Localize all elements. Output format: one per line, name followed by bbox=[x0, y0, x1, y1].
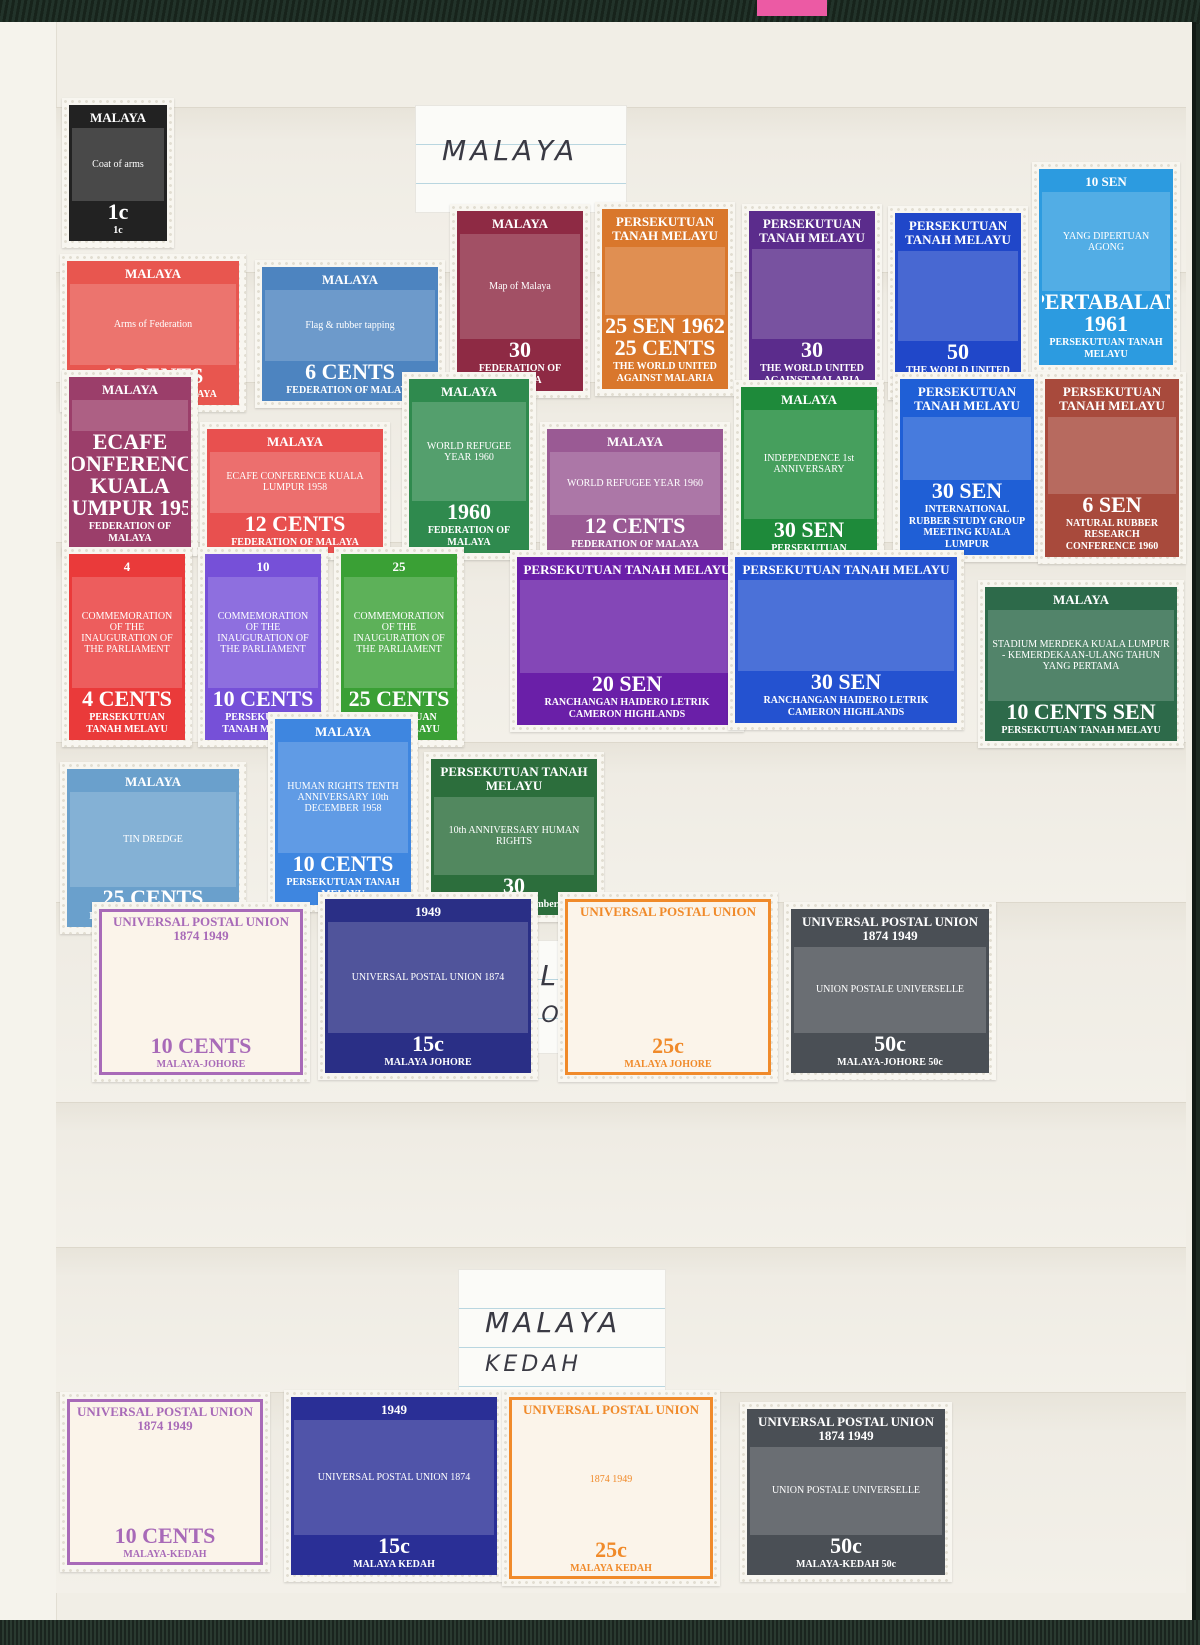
stamp-caption bbox=[72, 400, 188, 431]
stamp-design: MALAYASTADIUM MERDEKA KUALA LUMPUR - KEM… bbox=[985, 587, 1177, 741]
stamp-value: PERTABALAN 1961 bbox=[1039, 291, 1173, 335]
stamp-design: 10 SENYANG DIPERTUAN AGONGPERTABALAN 196… bbox=[1039, 169, 1173, 365]
stamp-caption: Flag & rubber tapping bbox=[265, 290, 435, 360]
stamp: UNIVERSAL POSTAL UNION1874 194925cMALAYA… bbox=[502, 1390, 720, 1586]
stamp: PERSEKUTUAN TANAH MELAYU30 SENRANCHANGAN… bbox=[728, 550, 964, 730]
stamp-caption bbox=[738, 580, 954, 671]
label-text: KEDAH bbox=[485, 1352, 582, 1377]
stamp-caption: Arms of Federation bbox=[70, 284, 236, 364]
stamp-title: 1949 bbox=[294, 1400, 494, 1420]
stamp-caption bbox=[752, 249, 872, 339]
stamp-title: 4 bbox=[72, 557, 182, 577]
stamp-inscription: FEDERATION OF MALAYA bbox=[412, 523, 526, 550]
stamp: UNIVERSAL POSTAL UNION 1874 1949UNION PO… bbox=[784, 902, 996, 1080]
stamp-design: 4COMMEMORATION OF THE INAUGURATION OF TH… bbox=[69, 554, 185, 740]
stamp-design: UNIVERSAL POSTAL UNION25cMALAYA JOHORE bbox=[565, 899, 771, 1075]
stamp-inscription: NATURAL RUBBER RESEARCH CONFERENCE 1960 bbox=[1048, 516, 1176, 555]
stamp: MALAYAWORLD REFUGEE YEAR 19601960FEDERAT… bbox=[402, 372, 536, 560]
stamp-inscription: INTERNATIONAL RUBBER STUDY GROUP MEETING… bbox=[903, 502, 1031, 552]
stamp-caption: UNIVERSAL POSTAL UNION 1874 bbox=[328, 922, 528, 1032]
stamp-design: MALAYAWORLD REFUGEE YEAR 19601960FEDERAT… bbox=[409, 379, 529, 553]
stamp-title: PERSEKUTUAN TANAH MELAYU bbox=[903, 382, 1031, 417]
stamp: PERSEKUTUAN TANAH MELAYU25 SEN 1962 25 C… bbox=[595, 202, 735, 396]
stamp-caption: STADIUM MERDEKA KUALA LUMPUR - KEMERDEKA… bbox=[988, 610, 1174, 700]
stamp-inscription: 1c bbox=[72, 223, 164, 239]
stamp-design: UNIVERSAL POSTAL UNION 1874 1949UNION PO… bbox=[791, 909, 989, 1073]
stamp-value: 10 CENTS SEN bbox=[1006, 701, 1155, 723]
stamp: MALAYAECAFE CONFERENCE KUALA LUMPUR 1958… bbox=[200, 422, 390, 560]
stamp-title: MALAYA bbox=[278, 722, 408, 742]
stamp-value: 12 CENTS bbox=[585, 515, 686, 537]
stamp-value: 10 CENTS bbox=[293, 853, 394, 875]
stamp: MALAYASTADIUM MERDEKA KUALA LUMPUR - KEM… bbox=[978, 580, 1184, 748]
stamp: UNIVERSAL POSTAL UNION25cMALAYA JOHORE bbox=[558, 892, 778, 1082]
album-cover-bottom bbox=[0, 1620, 1200, 1645]
stamp-value: 10 CENTS bbox=[213, 688, 314, 710]
stamp-title: PERSEKUTUAN TANAH MELAYU bbox=[1048, 382, 1176, 417]
stamp-caption bbox=[520, 580, 734, 673]
stamp-caption: COMMEMORATION OF THE INAUGURATION OF THE… bbox=[344, 577, 454, 688]
stamp-inscription: MALAYA JOHORE bbox=[568, 1057, 768, 1073]
stamp-value: 20 SEN bbox=[592, 673, 662, 695]
stamp-value: 50c bbox=[830, 1535, 862, 1557]
stamp: MALAYAHUMAN RIGHTS TENTH ANNIVERSARY 10t… bbox=[268, 712, 418, 912]
stamp-design: MALAYAHUMAN RIGHTS TENTH ANNIVERSARY 10t… bbox=[275, 719, 411, 905]
stamp-design: UNIVERSAL POSTAL UNION 1874 194910 CENTS… bbox=[99, 909, 303, 1075]
stamp-design: PERSEKUTUAN TANAH MELAYU30THE WORLD UNIT… bbox=[749, 211, 875, 391]
stamp-title: UNIVERSAL POSTAL UNION 1874 1949 bbox=[102, 912, 300, 947]
stamp-caption: 1874 1949 bbox=[512, 1420, 710, 1538]
stamp-design: 1949UNIVERSAL POSTAL UNION 187415cMALAYA… bbox=[325, 899, 531, 1073]
stamp-caption: HUMAN RIGHTS TENTH ANNIVERSARY 10th DECE… bbox=[278, 742, 408, 853]
stamp-design: UNIVERSAL POSTAL UNION1874 194925cMALAYA… bbox=[509, 1397, 713, 1579]
stamp: 4COMMEMORATION OF THE INAUGURATION OF TH… bbox=[62, 547, 192, 747]
stamp-inscription: MALAYA KEDAH bbox=[294, 1557, 494, 1573]
stamp-value: 30 SEN bbox=[932, 480, 1002, 502]
stamp: PERSEKUTUAN TANAH MELAYU20 SENRANCHANGAN… bbox=[510, 550, 744, 732]
stamp-inscription: RANCHANGAN HAIDERO LETRIK CAMERON HIGHLA… bbox=[738, 693, 954, 720]
stamp-design: 1949UNIVERSAL POSTAL UNION 187415cMALAYA… bbox=[291, 1397, 497, 1575]
stamp-caption bbox=[605, 247, 725, 315]
stamp-caption: TIN DREDGE bbox=[70, 792, 236, 886]
stamp-title: MALAYA bbox=[265, 270, 435, 290]
stamp-title: UNIVERSAL POSTAL UNION 1874 1949 bbox=[794, 912, 986, 947]
stamp-title: UNIVERSAL POSTAL UNION bbox=[512, 1400, 710, 1420]
stamp-caption: COMMEMORATION OF THE INAUGURATION OF THE… bbox=[208, 577, 318, 688]
stamp-title: MALAYA bbox=[460, 214, 580, 234]
stamp-value: 6 CENTS bbox=[305, 361, 395, 383]
stamp-title: MALAYA bbox=[72, 380, 188, 400]
stamp-caption bbox=[1048, 417, 1176, 494]
stamp: UNIVERSAL POSTAL UNION 1874 194910 CENTS… bbox=[92, 902, 310, 1082]
stamp-inscription: MALAYA JOHORE bbox=[328, 1055, 528, 1071]
stamp: PERSEKUTUAN TANAH MELAYU6 SENNATURAL RUB… bbox=[1038, 372, 1186, 564]
stamp-value: ECAFE CONFERENCE KUALA LUMPUR 1958 bbox=[69, 431, 191, 519]
stamp-caption: Coat of arms bbox=[72, 128, 164, 200]
stamp-design: MALAYAECAFE CONFERENCE KUALA LUMPUR 1958… bbox=[207, 429, 383, 553]
pink-page-tab bbox=[757, 0, 827, 16]
stamp-inscription: MALAYA-KEDAH bbox=[70, 1547, 260, 1563]
stamp-title: PERSEKUTUAN TANAH MELAYU bbox=[605, 212, 725, 247]
stamp-caption: COMMEMORATION OF THE INAUGURATION OF THE… bbox=[72, 577, 182, 688]
stamp-design: MALAYACoat of arms1c1c bbox=[69, 105, 167, 241]
stamp-value: 10 CENTS bbox=[151, 1035, 252, 1057]
stamp-inscription: FEDERATION OF MALAYA bbox=[72, 519, 188, 546]
stamp-title: MALAYA bbox=[210, 432, 380, 452]
stamp-caption: ECAFE CONFERENCE KUALA LUMPUR 1958 bbox=[210, 452, 380, 512]
stamp-inscription: MALAYA-JOHORE 50c bbox=[794, 1055, 986, 1071]
stamp-title: UNIVERSAL POSTAL UNION 1874 1949 bbox=[70, 1402, 260, 1437]
stamp-value: 25 SEN 1962 25 CENTS bbox=[605, 315, 725, 359]
stamp: 1949UNIVERSAL POSTAL UNION 187415cMALAYA… bbox=[284, 1390, 504, 1582]
label-text: MALAYA bbox=[442, 134, 578, 167]
stamp: MALAYAINDEPENDENCE 1st ANNIVERSARY30 SEN… bbox=[734, 380, 884, 566]
stamp-value: 1960 bbox=[447, 501, 491, 523]
stamp-value: 15c bbox=[412, 1033, 444, 1055]
stamp-title: PERSEKUTUAN TANAH MELAYU bbox=[752, 214, 872, 249]
stamp-design: UNIVERSAL POSTAL UNION 1874 1949UNION PO… bbox=[747, 1409, 945, 1575]
stamp-title: 1949 bbox=[328, 902, 528, 922]
stamp-inscription: THE WORLD UNITED AGAINST MALARIA bbox=[605, 359, 725, 386]
stamp-value: 30 SEN bbox=[774, 519, 844, 541]
stamp-title: MALAYA bbox=[412, 382, 526, 402]
stamp-caption: YANG DIPERTUAN AGONG bbox=[1042, 192, 1170, 291]
stamp: MALAYACoat of arms1c1c bbox=[62, 98, 174, 248]
stamp-caption: INDEPENDENCE 1st ANNIVERSARY bbox=[744, 410, 874, 518]
stamp-value: 10 CENTS bbox=[115, 1525, 216, 1547]
stamp-caption: UNIVERSAL POSTAL UNION 1874 bbox=[294, 1420, 494, 1534]
stamp-title: 10 bbox=[208, 557, 318, 577]
stamp-inscription: PERSEKUTUAN TANAH MELAYU bbox=[1042, 335, 1170, 362]
stamp-value: 30 bbox=[509, 339, 531, 361]
stamp-inscription: MALAYA-KEDAH 50c bbox=[750, 1557, 942, 1573]
stamp-caption: WORLD REFUGEE YEAR 1960 bbox=[550, 452, 720, 514]
stamp: MALAYAECAFE CONFERENCE KUALA LUMPUR 1958… bbox=[62, 370, 198, 556]
stamp-caption: Map of Malaya bbox=[460, 234, 580, 339]
stamp-value: 30 bbox=[801, 339, 823, 361]
stamp-title: PERSEKUTUAN TANAH MELAYU bbox=[738, 560, 954, 580]
stamp-design: MALAYAMap of Malaya30FEDERATION OF MALAY… bbox=[457, 211, 583, 391]
stamp-value: 4 CENTS bbox=[82, 688, 172, 710]
stamp-design: PERSEKUTUAN TANAH MELAYU30 SENINTERNATIO… bbox=[900, 379, 1034, 555]
stamp-caption bbox=[102, 947, 300, 1035]
stamp: MALAYAMap of Malaya30FEDERATION OF MALAY… bbox=[450, 204, 590, 398]
stamp-title: 10 SEN bbox=[1042, 172, 1170, 192]
stamp-caption: WORLD REFUGEE YEAR 1960 bbox=[412, 402, 526, 501]
stamp-caption: UNION POSTALE UNIVERSELLE bbox=[794, 947, 986, 1033]
stamp-value: 1c bbox=[108, 201, 129, 223]
stamp-inscription: PERSEKUTUAN TANAH MELAYU bbox=[72, 710, 182, 737]
stamp: PERSEKUTUAN TANAH MELAYU30 SENINTERNATIO… bbox=[893, 372, 1041, 562]
stamp-design: PERSEKUTUAN TANAH MELAYU25 SEN 1962 25 C… bbox=[602, 209, 728, 389]
stamp-design: PERSEKUTUAN TANAH MELAYU30 SENRANCHANGAN… bbox=[735, 557, 957, 723]
stamp-value: 25c bbox=[652, 1035, 684, 1057]
stamp-design: UNIVERSAL POSTAL UNION 1874 194910 CENTS… bbox=[67, 1399, 263, 1565]
stamp-value: 30 SEN bbox=[811, 671, 881, 693]
stamp: PERSEKUTUAN TANAH MELAYU50THE WORLD UNIT… bbox=[888, 206, 1028, 400]
stamp-caption bbox=[898, 251, 1018, 341]
stamp: MALAYAWORLD REFUGEE YEAR 196012 CENTSFED… bbox=[540, 422, 730, 562]
stamp-caption: UNION POSTALE UNIVERSELLE bbox=[750, 1447, 942, 1535]
stamp-value: 25c bbox=[595, 1539, 627, 1561]
page-margin bbox=[0, 22, 57, 1622]
stamp-title: MALAYA bbox=[70, 772, 236, 792]
stamp-inscription: MALAYA-JOHORE bbox=[102, 1057, 300, 1073]
stamp-inscription: RANCHANGAN HAIDERO LETRIK CAMERON HIGHLA… bbox=[520, 695, 734, 722]
stamp-value: 50c bbox=[874, 1033, 906, 1055]
stamp-design: MALAYAINDEPENDENCE 1st ANNIVERSARY30 SEN… bbox=[741, 387, 877, 559]
stamp-inscription: PERSEKUTUAN TANAH MELAYU bbox=[988, 723, 1174, 739]
stamp-caption bbox=[70, 1437, 260, 1525]
stamp-title: UNIVERSAL POSTAL UNION 1874 1949 bbox=[750, 1412, 942, 1447]
stamp-design: MALAYAWORLD REFUGEE YEAR 196012 CENTSFED… bbox=[547, 429, 723, 555]
stockbook-page: MALAYA MALAYA JOHORE MALAYA KEDAH MALAYA… bbox=[0, 22, 1196, 1622]
stamp-title: MALAYA bbox=[988, 590, 1174, 610]
stamp-title: MALAYA bbox=[550, 432, 720, 452]
stamp-design: PERSEKUTUAN TANAH MELAYU6 SENNATURAL RUB… bbox=[1045, 379, 1179, 557]
album-cover-top bbox=[0, 0, 1200, 24]
label-text: MALAYA bbox=[485, 1306, 621, 1339]
stamp-caption bbox=[568, 922, 768, 1034]
stamp: PERSEKUTUAN TANAH MELAYU30THE WORLD UNIT… bbox=[742, 204, 882, 398]
stamp-value: 50 bbox=[947, 341, 969, 363]
stamp-caption bbox=[903, 417, 1031, 480]
stamp-design: PERSEKUTUAN TANAH MELAYU50THE WORLD UNIT… bbox=[895, 213, 1021, 393]
stamp-title: PERSEKUTUAN TANAH MELAYU bbox=[898, 216, 1018, 251]
stamp-design: MALAYAECAFE CONFERENCE KUALA LUMPUR 1958… bbox=[69, 377, 191, 549]
stamp-value: 6 SEN bbox=[1082, 494, 1141, 516]
country-label-malaya: MALAYA bbox=[415, 105, 627, 213]
pocket-strip bbox=[56, 1102, 1186, 1248]
stamp: 1949UNIVERSAL POSTAL UNION 187415cMALAYA… bbox=[318, 892, 538, 1080]
stamp-title: MALAYA bbox=[744, 390, 874, 410]
stamp-value: 25 CENTS bbox=[349, 688, 450, 710]
stamp-title: PERSEKUTUAN TANAH MELAYU bbox=[520, 560, 734, 580]
stamp-title: PERSEKUTUAN TANAH MELAYU bbox=[434, 762, 594, 797]
stamp: UNIVERSAL POSTAL UNION 1874 1949UNION PO… bbox=[740, 1402, 952, 1582]
stamp-value: 12 CENTS bbox=[245, 513, 346, 535]
stamp: 10 SENYANG DIPERTUAN AGONGPERTABALAN 196… bbox=[1032, 162, 1180, 372]
stamp-title: 25 bbox=[344, 557, 454, 577]
stamp: UNIVERSAL POSTAL UNION 1874 194910 CENTS… bbox=[60, 1392, 270, 1572]
stamp-title: MALAYA bbox=[70, 264, 236, 284]
stamp-title: MALAYA bbox=[72, 108, 164, 128]
stamp-design: PERSEKUTUAN TANAH MELAYU20 SENRANCHANGAN… bbox=[517, 557, 737, 725]
stamp-title: UNIVERSAL POSTAL UNION bbox=[568, 902, 768, 922]
stamp-caption: 10th ANNIVERSARY HUMAN RIGHTS bbox=[434, 797, 594, 875]
stamp-inscription: MALAYA KEDAH bbox=[512, 1561, 710, 1577]
stamp-value: 15c bbox=[378, 1535, 410, 1557]
